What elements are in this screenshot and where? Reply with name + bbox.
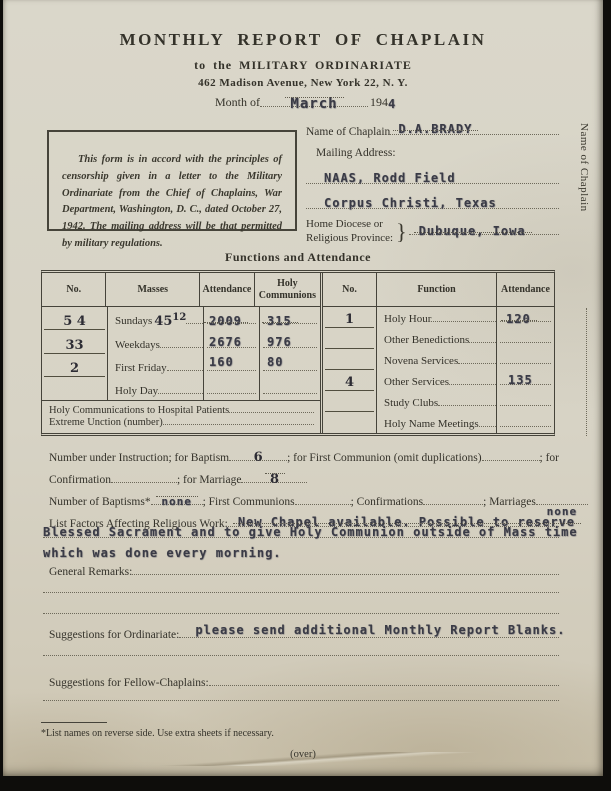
mailing-address-value2: Corpus Christi, Texas — [324, 196, 497, 210]
mailing-address-line1: NAAS, Rodd Field — [306, 169, 559, 184]
fellow-chaplains-label: Suggestions for Fellow-Chaplains: — [49, 677, 209, 689]
factors-value-2: Blessed Sacrament and to give Holy Commu… — [43, 525, 578, 539]
marriages-value: none — [547, 505, 578, 506]
function-label: Other Services — [384, 376, 449, 388]
diocese-line: Home Diocese or Religious Province: } Du… — [306, 218, 559, 246]
general-remarks-label: General Remarks: — [49, 566, 132, 578]
function-label: Holy Name Meetings — [384, 418, 479, 430]
ordinariate-line: Suggestions for Ordinariate: please send… — [49, 629, 559, 641]
mass-label: Sundays — [115, 315, 152, 327]
marriage-label: ; for Marriage — [177, 474, 242, 486]
mailing-address-value1: NAAS, Rodd Field — [324, 171, 456, 185]
chaplain-name-fill: D.A.BRADY — [390, 133, 559, 135]
margin-vertical-fill-line — [586, 308, 587, 436]
mass-label: First Friday — [115, 362, 167, 374]
instruction-label: Number under Instruction; for Baptism — [49, 452, 229, 464]
col-header-no: No. — [42, 273, 106, 306]
no-value: 5 4 — [44, 314, 105, 330]
masses-body: 5 4 Sundays4512 2009 315 33 Weekdays 267… — [42, 307, 320, 401]
masses-extra-rows: Holy Communications to Hospital Patients… — [42, 401, 320, 433]
functions-header-row: No. Function Attendance — [323, 273, 554, 307]
extreme-unction-line: Extreme Unction (number) — [49, 417, 314, 428]
table-row: 1 Holy Hour 120 — [323, 307, 554, 328]
fellow-chaplains-line: Suggestions for Fellow-Chaplains: — [49, 677, 559, 689]
no-value: 1 — [325, 312, 374, 328]
ordinariate-value: please send additional Monthly Report Bl… — [195, 623, 565, 637]
function-label: Novena Services — [384, 355, 458, 367]
form-paper: MONTHLY REPORT OF CHAPLAIN to the MILITA… — [3, 0, 603, 776]
chaplain-name-label: Name of Chaplain — [306, 126, 390, 138]
function-label: Holy Hour — [384, 313, 431, 325]
line1-suffix: ; for — [540, 452, 559, 464]
hospital-patients-line: Holy Communications to Hospital Patients — [49, 405, 314, 416]
extreme-unction-label: Extreme Unction (number) — [49, 417, 163, 428]
col-header-attendance: Attendance — [200, 273, 255, 306]
table-row: Holy Name Meetings — [323, 412, 554, 433]
chaplain-name-line: Name of Chaplain D.A.BRADY — [306, 126, 559, 138]
col-header-holy-communions: Holy Communions — [255, 273, 320, 306]
mailing-address-line2: Corpus Christi, Texas — [306, 194, 559, 209]
censorship-notice-text: This form is in accord with the principl… — [62, 152, 282, 253]
attendance-value: 2676 — [209, 335, 242, 349]
year-digit: 4 — [388, 97, 396, 111]
page-title: MONTHLY REPORT OF CHAPLAIN — [3, 30, 603, 50]
first-communion-label: ; for First Communion (omit duplications… — [287, 452, 482, 464]
confirmations-label: ; Confirmations — [351, 496, 424, 508]
table-row: 33 Weekdays 2676 976 — [42, 330, 320, 353]
factors-overflow-line: Blessed Sacrament and to give Holy Commu… — [43, 536, 559, 541]
first-communions-label: ; First Communions — [203, 496, 295, 508]
chaplain-name-value: D.A.BRADY — [398, 122, 472, 136]
diocese-fill: Dubuque, Iowa — [409, 233, 559, 235]
table-row: 2 First Friday 160 80 — [42, 354, 320, 377]
col-header-attendance: Attendance — [497, 273, 554, 306]
sacraments-line: Number of Baptisms* none ; First Communi… — [49, 496, 559, 508]
attendance-value: 2009 — [209, 314, 242, 328]
table-row: 5 4 Sundays4512 2009 315 — [42, 307, 320, 330]
page-subtitle: to the MILITARY ORDINARIATE — [3, 58, 603, 73]
table-row: Other Benedictions — [323, 328, 554, 349]
no-value: 33 — [44, 338, 105, 354]
blank-fill-line — [43, 700, 559, 704]
ordinariate-address: 462 Madison Avenue, New York 22, N. Y. — [3, 77, 603, 89]
masses-subtable: No. Masses Attendance Holy Communions 5 … — [42, 273, 323, 433]
baptisms-label: Number of Baptisms* — [49, 496, 151, 508]
mass-inline-sup: 12 — [172, 312, 186, 323]
margin-vertical-label: Name of Chaplain — [578, 123, 590, 212]
over-label: (over) — [3, 749, 603, 760]
month-label: Month of — [215, 95, 260, 110]
no-value: 2 — [44, 361, 105, 377]
scanned-document: { "colors": { "paper": "#d7d3c4", "print… — [0, 0, 611, 791]
diocese-brace: } — [396, 219, 407, 245]
mailing-address-label: Mailing Address: — [316, 147, 559, 159]
month-fill-line: March — [260, 105, 368, 107]
function-label: Study Clubs — [384, 397, 438, 409]
no-value: 4 — [325, 375, 374, 391]
communions-value: 976 — [267, 335, 292, 349]
hospital-patients-label: Holy Communications to Hospital Patients — [49, 405, 229, 416]
table-row: 4 Other Services 135 — [323, 370, 554, 391]
general-remarks-line: General Remarks: — [49, 566, 559, 578]
col-header-masses: Masses — [106, 273, 200, 306]
table-row: Holy Day — [42, 377, 320, 400]
month-line: Month of March 194 4 — [215, 95, 415, 110]
communions-value: 80 — [267, 355, 283, 369]
instruction-line-1: Number under Instruction; for Baptism 6 … — [49, 452, 559, 464]
mass-label: Weekdays — [115, 339, 160, 351]
diocese-label-line1: Home Diocese or — [306, 218, 383, 230]
diocese-label-line2: Religious Province: — [306, 232, 393, 244]
blank-fill-line — [43, 613, 559, 617]
marriages-label: ; Marriages — [483, 496, 536, 508]
col-header-function: Function — [377, 273, 497, 306]
functions-subtable: No. Function Attendance 1 Holy Hour 120 … — [323, 273, 554, 433]
mass-inline-value: 45 — [154, 314, 172, 329]
section-heading: Functions and Attendance — [41, 250, 555, 265]
baptisms-value: none — [161, 495, 192, 496]
diocese-value: Dubuque, Iowa — [419, 224, 526, 238]
factors-value-3: which was done every morning. — [43, 546, 282, 560]
masses-header-row: No. Masses Attendance Holy Communions — [42, 273, 320, 307]
mass-label: Holy Day — [115, 385, 158, 397]
footnote-text: *List names on reverse side. Use extra s… — [41, 728, 274, 739]
chaplain-block: Name of Chaplain D.A.BRADY Mailing Addre… — [306, 126, 559, 246]
blank-fill-line — [43, 655, 559, 659]
blank-fill-line — [43, 592, 559, 596]
ordinariate-label: Suggestions for Ordinariate: — [49, 629, 179, 641]
footnote-rule — [41, 722, 107, 723]
confirmation-label: Confirmation — [49, 474, 111, 486]
attendance-value: 120 — [506, 312, 531, 326]
communions-value: 315 — [267, 314, 292, 328]
functions-body: 1 Holy Hour 120 Other Benedictions Noven… — [323, 307, 554, 433]
attendance-value: 135 — [508, 373, 533, 387]
instruction-line-2: Confirmation ; for Marriage 8 — [49, 474, 559, 486]
year-prefix: 194 — [370, 95, 388, 110]
marriage-value: 8 — [270, 472, 279, 473]
diocese-label: Home Diocese or Religious Province: — [306, 218, 393, 246]
attendance-value: 160 — [209, 355, 234, 369]
table-row: Novena Services — [323, 349, 554, 370]
function-label: Other Benedictions — [384, 334, 469, 346]
table-row: Study Clubs — [323, 391, 554, 412]
censorship-notice-box: This form is in accord with the principl… — [47, 130, 297, 231]
functions-attendance-table: No. Masses Attendance Holy Communions 5 … — [41, 270, 555, 436]
baptism-value: 6 — [254, 450, 263, 451]
month-value: March — [290, 96, 337, 97]
col-header-no: No. — [323, 273, 377, 306]
